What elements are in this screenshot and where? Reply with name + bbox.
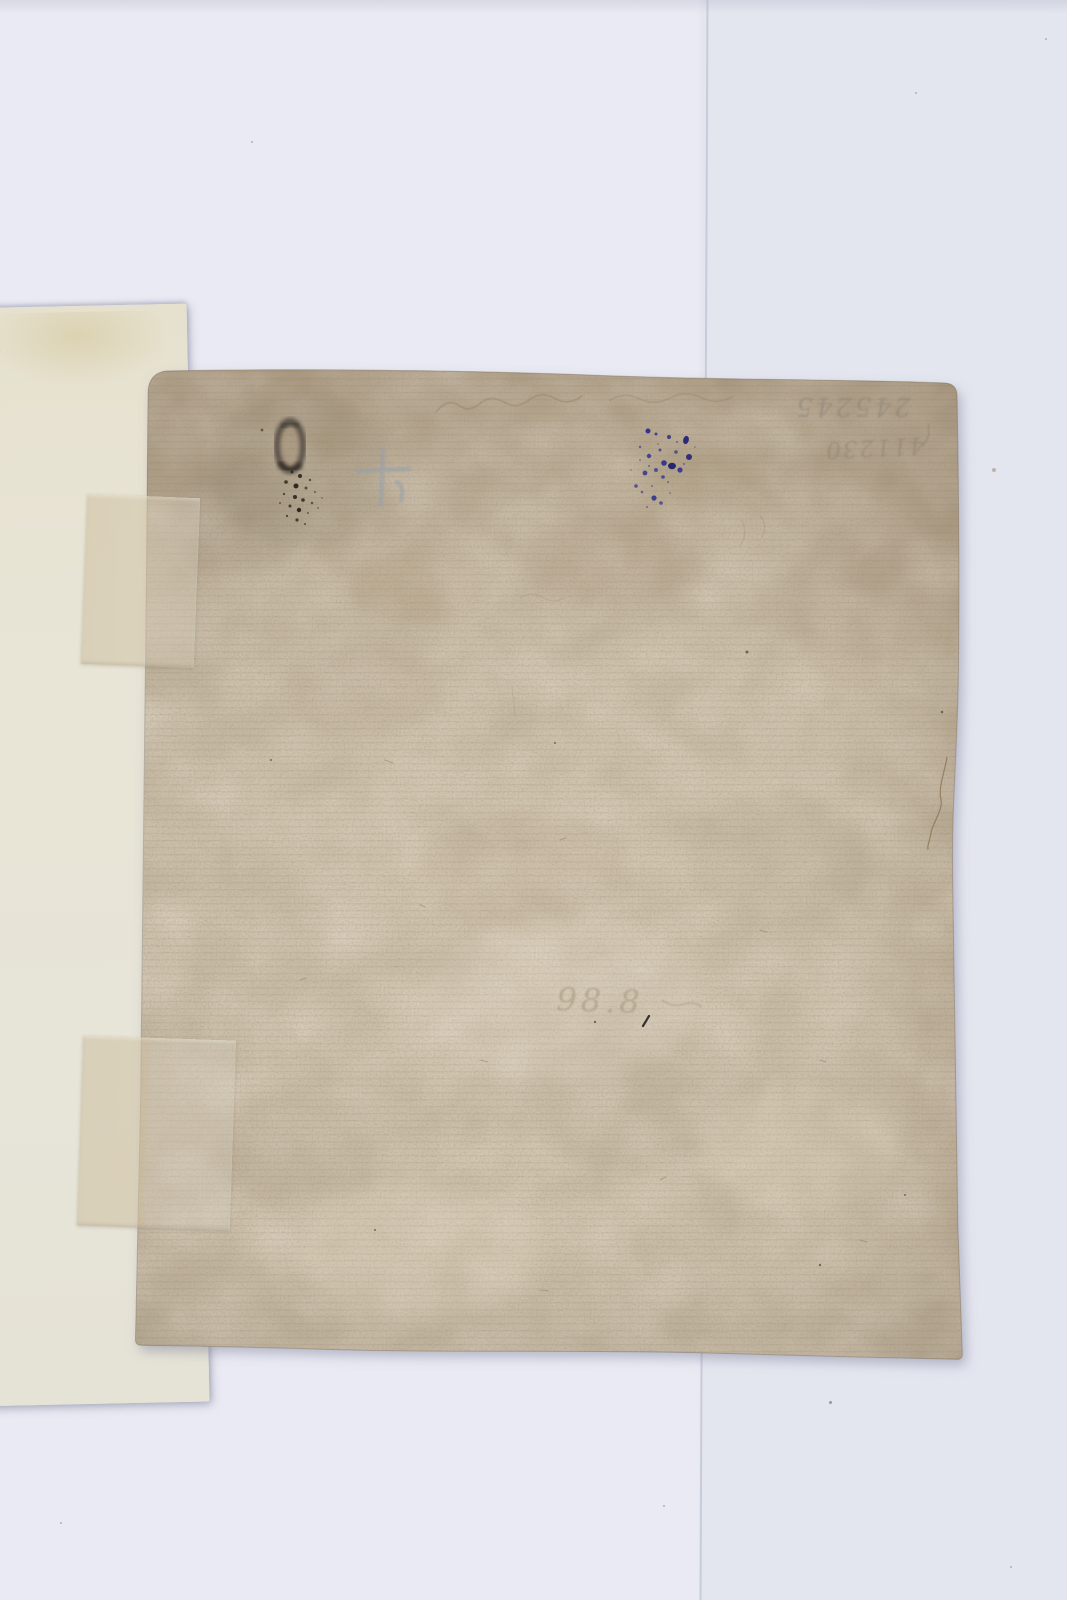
tape-hinge-bottom <box>77 1036 236 1231</box>
sheet-surface: 245245 411230 98.8 <box>125 362 970 1370</box>
photograph: 245245 411230 98.8 <box>0 0 1067 1600</box>
inscription-top-right-2: 411230 <box>824 431 926 462</box>
artwork-sheet: 245245 411230 98.8 <box>0 0 1067 1600</box>
smudge-stain <box>277 421 303 471</box>
inscription-top-right-1: 245245 <box>793 391 911 421</box>
tape-hinge-top <box>81 494 200 668</box>
inscription-center: 98.8 <box>556 980 645 1021</box>
